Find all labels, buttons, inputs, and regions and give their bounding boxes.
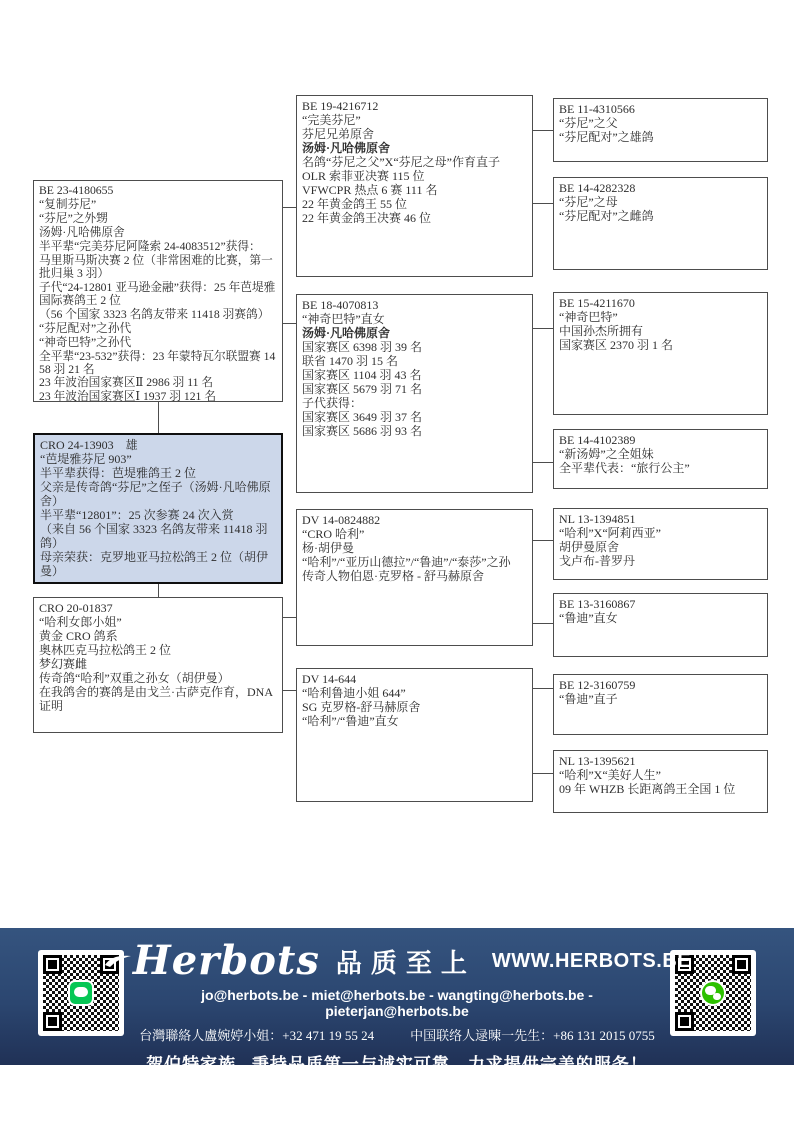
pedigree-line: 奥林匹克马拉松鸽王 2 位	[39, 643, 278, 657]
pedigree-line: “哈利鲁迪小姐 644”	[302, 686, 528, 700]
pedigree-line: BE 15-4211670	[559, 296, 763, 310]
pedigree-line: （56 个国家 3323 名鸽友带来 11418 羽赛鸽）	[39, 308, 278, 322]
pedigree-line: 汤姆·凡哈佛原舍	[302, 141, 528, 155]
pedigree-box-dam-dam: DV 14-644 “哈利鲁迪小姐 644” SG 克罗格-舒马赫原舍 “哈利”…	[296, 668, 533, 802]
pedigree-line: “完美芬尼”	[302, 113, 528, 127]
pedigree-line: 在我鸽舍的赛鸽是由戈兰·古萨克作育，DNA 证明	[39, 685, 278, 713]
connector-line	[533, 328, 553, 329]
pedigree-line: BE 13-3160867	[559, 597, 763, 611]
connector-line	[283, 690, 296, 691]
pedigree-box-gp6: BE 13-3160867 “鲁迪”直女	[553, 593, 768, 657]
pedigree-line: “CRO 哈利”	[302, 527, 528, 541]
pedigree-line: 胡伊曼原舍	[559, 540, 763, 554]
connector-line	[533, 540, 553, 541]
herbots-logo: Herbots	[103, 941, 320, 981]
footer-emails: jo@herbots.be - miet@herbots.be - wangti…	[130, 987, 664, 1019]
connector-line	[158, 584, 159, 597]
footer-tagline: 品质至上	[336, 943, 476, 980]
pedigree-line: 戈卢布-普罗丹	[559, 554, 763, 568]
pedigree-line: 中国孙杰所拥有	[559, 324, 763, 338]
pedigree-line: 半平辈获得：芭堤雅鸽王 2 位	[40, 466, 277, 480]
pedigree-line: 汤姆·凡哈佛原舍	[302, 326, 528, 340]
pedigree-line: “鲁迪”直子	[559, 692, 763, 706]
pedigree-line: “复制芬尼”	[39, 198, 278, 212]
connector-line	[533, 773, 553, 774]
pedigree-line: 国家赛区 2370 羽 1 名	[559, 338, 763, 352]
pedigree-line: BE 18-4070813	[302, 298, 528, 312]
pedigree-line: 子代“24-12801 亚马逊金融”获得：25 年芭堤雅国际赛鸽王 2 位	[39, 281, 278, 308]
pedigree-line: 子代获得：	[302, 396, 528, 410]
pedigree-line: 全平辈代表：“旅行公主”	[559, 461, 763, 475]
pedigree-line: “芬尼”之母	[559, 195, 763, 209]
pedigree-line: 国家赛区 5686 羽 93 名	[302, 424, 528, 438]
pedigree-line: 母亲荣获：克罗地亚马拉松鸽王 2 位（胡伊曼）	[40, 550, 277, 578]
pedigree-page: BE 23-4180655 “复制芬尼” “芬尼”之外甥 汤姆·凡哈佛原舍 半平…	[0, 0, 794, 1123]
connector-line	[533, 130, 553, 131]
footer-website: WWW.HERBOTS.BE	[492, 950, 691, 973]
pedigree-line: 半平辈“完美芬尼阿隆索 24-4083512”获得：	[39, 240, 278, 254]
pedigree-line: 传奇鸽“哈利”双重之孙女（胡伊曼）	[39, 671, 278, 685]
qr-finder	[732, 955, 751, 974]
wechat-icon	[700, 980, 726, 1006]
pedigree-line: 梦幻赛雌	[39, 657, 278, 671]
pedigree-line: 23 年波治国家赛区Ⅱ 2986 羽 11 名	[39, 376, 278, 390]
pedigree-line: 全平辈“23-532”获得：23 年蒙特瓦尔联盟赛 1458 羽 21 名	[39, 350, 278, 377]
pedigree-line: 黄金 CRO 鸽系	[39, 629, 278, 643]
pedigree-line: （来自 56 个国家 3323 名鸽友带来 11418 羽鸽）	[40, 522, 277, 550]
pedigree-line: NL 13-1395621	[559, 754, 763, 768]
pedigree-line: 传奇人物伯恩·克罗格 - 舒马赫原舍	[302, 569, 528, 583]
qr-finder	[43, 1012, 62, 1031]
pedigree-box-gp3: BE 15-4211670 “神奇巴特” 中国孙杰所拥有 国家赛区 2370 羽…	[553, 292, 768, 415]
pedigree-box-gp2: BE 14-4282328 “芬尼”之母 “芬尼配对”之雌鸽	[553, 177, 768, 270]
pedigree-box-dam: CRO 20-01837 “哈利女郎小姐” 黄金 CRO 鸽系 奥林匹克马拉松鸽…	[33, 597, 283, 733]
pedigree-line: “鲁迪”直女	[559, 611, 763, 625]
connector-line	[533, 203, 553, 204]
pedigree-line: 22 年黄金鸽王 55 位	[302, 197, 528, 211]
pedigree-line: OLR 索菲亚决赛 115 位	[302, 169, 528, 183]
pedigree-line: “芬尼配对”之孙代	[39, 322, 278, 336]
footer-contact-china: 中国联络人逯暕一先生：+86 131 2015 0755	[410, 1025, 655, 1044]
pedigree-line: DV 14-0824882	[302, 513, 528, 527]
footer-slogan: 贺伯特家族...秉持品质第一与诚实可靠，力求提供完美的服务！	[130, 1050, 664, 1075]
pedigree-line: BE 12-3160759	[559, 678, 763, 692]
pedigree-line: 联省 1470 羽 15 名	[302, 354, 528, 368]
pedigree-line: “芬尼配对”之雄鸽	[559, 130, 763, 144]
pedigree-line: CRO 20-01837	[39, 601, 278, 615]
pedigree-line: 马里斯马斯决赛 2 位（非常困难的比赛，第一批归巢 3 羽）	[39, 254, 278, 281]
footer-contact-taiwan: 台灣聯絡人盧婉婷小姐：+32 471 19 55 24	[139, 1025, 374, 1044]
connector-line	[533, 623, 553, 624]
pedigree-line: CRO 24-13903 雄	[40, 438, 277, 452]
pedigree-line: 名鸽“芬尼之父”X“芬尼之母”作育直子	[302, 155, 528, 169]
pedigree-line: 汤姆·凡哈佛原舍	[39, 226, 278, 240]
pedigree-line: SG 克罗格-舒马赫原舍	[302, 700, 528, 714]
pedigree-line: “芬尼”之父	[559, 116, 763, 130]
pedigree-line: “芭堤雅芬尼 903”	[40, 452, 277, 466]
connector-line	[283, 207, 296, 208]
pedigree-line: “哈利”/“亚历山德拉”/“鲁迪”/“泰莎”之孙	[302, 555, 528, 569]
footer-banner: Herbots 品质至上 WWW.HERBOTS.BE jo@herbots.b…	[0, 928, 794, 1065]
pedigree-box-subject: CRO 24-13903 雄 “芭堤雅芬尼 903” 半平辈获得：芭堤雅鸽王 2…	[33, 433, 283, 584]
connector-line	[533, 688, 553, 689]
brand-text: Herbots	[133, 941, 320, 981]
pedigree-line: 国家赛区 1104 羽 43 名	[302, 368, 528, 382]
pedigree-line: BE 11-4310566	[559, 102, 763, 116]
pedigree-line: 国家赛区 6398 羽 39 名	[302, 340, 528, 354]
pedigree-line: 国家赛区 3649 羽 37 名	[302, 410, 528, 424]
pedigree-line: “神奇巴特”	[559, 310, 763, 324]
pedigree-line: “芬尼”之外甥	[39, 212, 278, 226]
qr-finder	[675, 1012, 694, 1031]
pedigree-box-gp7: BE 12-3160759 “鲁迪”直子	[553, 674, 768, 735]
pedigree-line: “神奇巴特”直女	[302, 312, 528, 326]
pedigree-line: “哈利”/“鲁迪”直女	[302, 714, 528, 728]
qr-finder	[43, 955, 62, 974]
pedigree-line: BE 23-4180655	[39, 184, 278, 198]
pedigree-line: 杨·胡伊曼	[302, 541, 528, 555]
pedigree-line: “芬尼配对”之雌鸽	[559, 209, 763, 223]
pedigree-line: 芬尼兄弟原舍	[302, 127, 528, 141]
pedigree-line: 09 年 WHZB 长距离鸽王全国 1 位	[559, 782, 763, 796]
pedigree-line: “哈利女郎小姐”	[39, 615, 278, 629]
pedigree-line: BE 14-4282328	[559, 181, 763, 195]
pedigree-box-sire: BE 23-4180655 “复制芬尼” “芬尼”之外甥 汤姆·凡哈佛原舍 半平…	[33, 180, 283, 402]
pedigree-box-gp1: BE 11-4310566 “芬尼”之父 “芬尼配对”之雄鸽	[553, 98, 768, 162]
pedigree-box-sire-sire: BE 19-4216712 “完美芬尼” 芬尼兄弟原舍 汤姆·凡哈佛原舍 名鸽“…	[296, 95, 533, 277]
pedigree-line: VFWCPR 热点 6 赛 111 名	[302, 183, 528, 197]
pedigree-box-gp5: NL 13-1394851 “哈利”X“阿莉西亚” 胡伊曼原舍 戈卢布-普罗丹	[553, 508, 768, 580]
pedigree-box-gp4: BE 14-4102389 “新汤姆”之全姐妹 全平辈代表：“旅行公主”	[553, 429, 768, 489]
pedigree-box-gp8: NL 13-1395621 “哈利”X“美好人生” 09 年 WHZB 长距离鸽…	[553, 750, 768, 813]
pedigree-line: BE 14-4102389	[559, 433, 763, 447]
pedigree-box-dam-sire: DV 14-0824882 “CRO 哈利” 杨·胡伊曼 “哈利”/“亚历山德拉…	[296, 509, 533, 646]
wing-icon	[103, 952, 133, 970]
pedigree-line: NL 13-1394851	[559, 512, 763, 526]
footer-logo-row: Herbots 品质至上 WWW.HERBOTS.BE	[130, 938, 664, 984]
footer-contacts: 台灣聯絡人盧婉婷小姐：+32 471 19 55 24 中国联络人逯暕一先生：+…	[130, 1025, 664, 1044]
pedigree-line: “哈利”X“阿莉西亚”	[559, 526, 763, 540]
connector-line	[283, 323, 296, 324]
footer-center: Herbots 品质至上 WWW.HERBOTS.BE jo@herbots.b…	[130, 938, 664, 1075]
connector-line	[283, 617, 296, 618]
connector-line	[158, 402, 159, 433]
pedigree-line: “新汤姆”之全姐妹	[559, 447, 763, 461]
pedigree-line: BE 19-4216712	[302, 99, 528, 113]
pedigree-line: “哈利”X“美好人生”	[559, 768, 763, 782]
pedigree-line: 半平辈“12801”：25 次参赛 24 次入赏	[40, 508, 277, 522]
pedigree-line: 父亲是传奇鸽“芬尼”之侄子（汤姆·凡哈佛原舍）	[40, 480, 277, 508]
pedigree-line: 22 年黄金鸽王决赛 46 位	[302, 211, 528, 225]
pedigree-line: 23 年波治国家赛区Ⅰ 1937 羽 121 名	[39, 390, 278, 402]
connector-line	[533, 462, 553, 463]
pedigree-line: 国家赛区 5679 羽 71 名	[302, 382, 528, 396]
pedigree-line: “神奇巴特”之孙代	[39, 336, 278, 350]
pedigree-line: DV 14-644	[302, 672, 528, 686]
line-icon	[68, 980, 94, 1006]
pedigree-box-sire-dam: BE 18-4070813 “神奇巴特”直女 汤姆·凡哈佛原舍 国家赛区 639…	[296, 294, 533, 493]
